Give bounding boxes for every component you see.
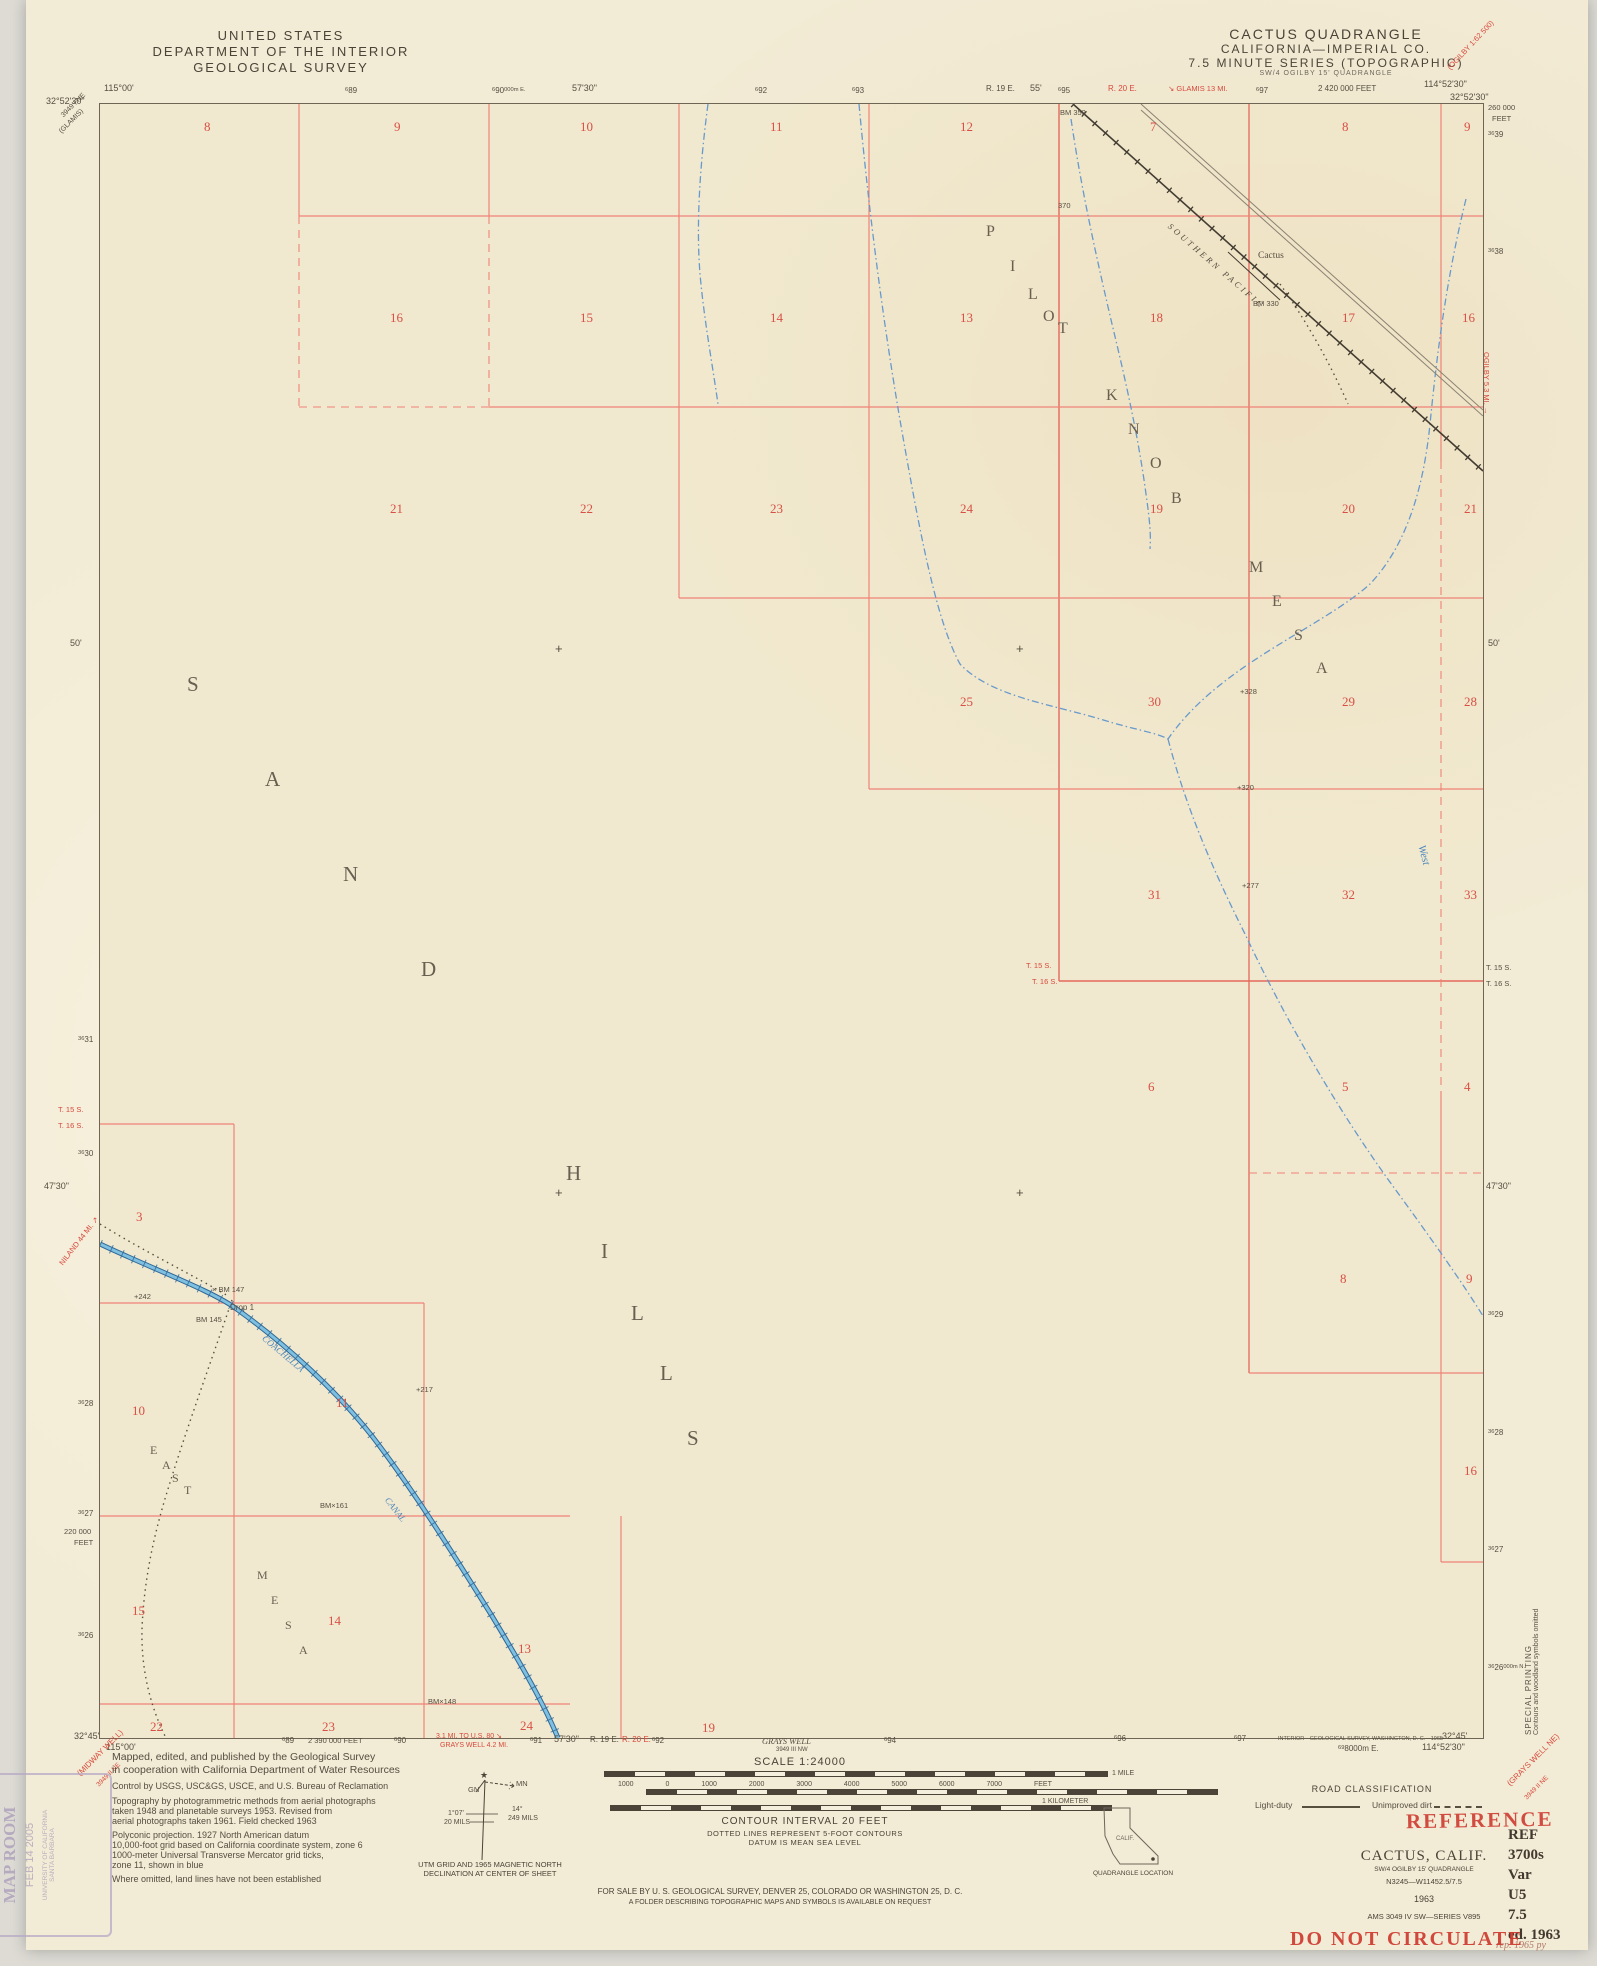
agency-title-line3: GEOLOGICAL SURVEY [116,60,446,75]
quad-title-line3: 7.5 MINUTE SERIES (TOPOGRAPHIC) [1146,56,1506,70]
agency-title-line1: UNITED STATES [116,28,446,43]
map-body: 8910111278916151413181716212223241920212… [99,103,1484,1739]
agency-title-line2: DEPARTMENT OF THE INTERIOR [116,44,446,59]
quad-title-line4: SW/4 OGILBY 15' QUADRANGLE [1146,70,1506,77]
quad-title-line2: CALIFORNIA—IMPERIAL CO. [1146,42,1506,56]
quad-title-line1: CACTUS QUADRANGLE [1146,26,1506,42]
map-sheet-page: UNITED STATES DEPARTMENT OF THE INTERIOR… [0,0,1597,1966]
map-linework [100,104,1483,1738]
library-stamp-line1: MAP ROOM [0,1775,20,1935]
